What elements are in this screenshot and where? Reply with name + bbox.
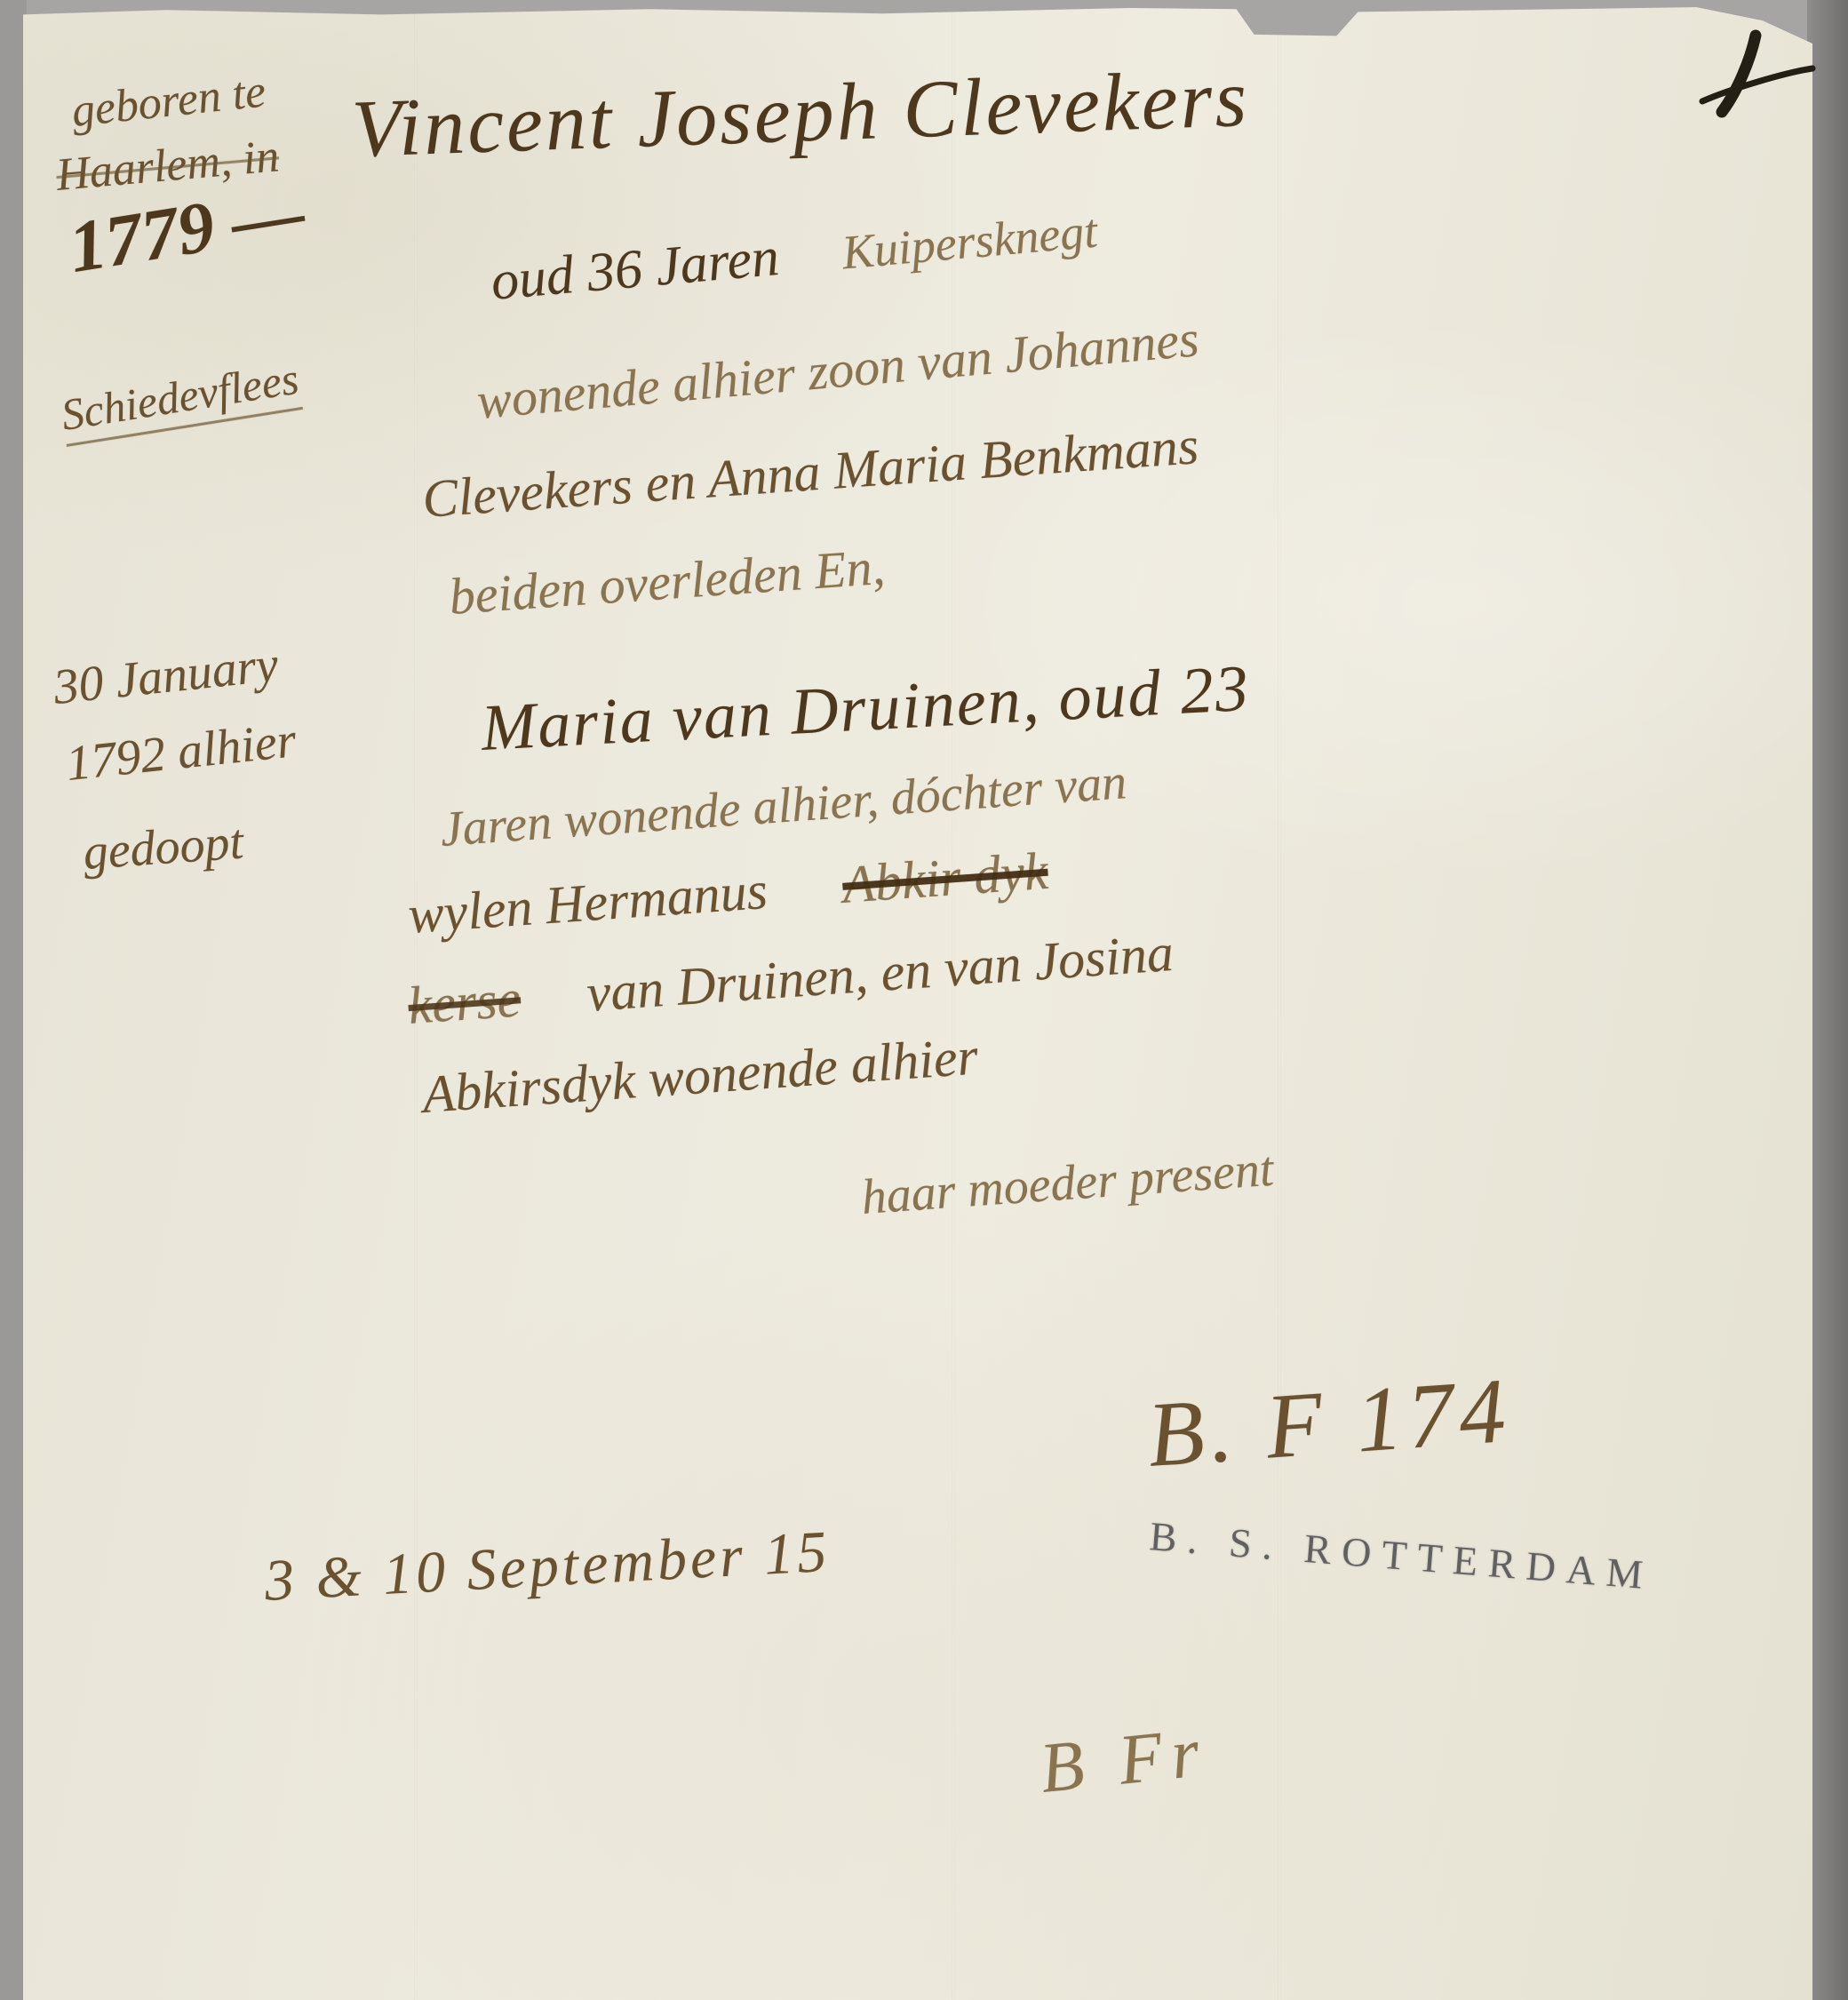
background-right-band [1807,0,1848,2000]
body-bride-surname-struck: kerse [406,968,522,1035]
document-paper [23,4,1812,2000]
fold-crease [952,4,955,2000]
fold-crease [1278,4,1281,2000]
document-canvas: geboren te Haarlem, in 1779 — Schiedevfl… [0,0,1848,2000]
background-left-sliver [0,0,27,2000]
margin-note-baptism-line3: gedoopt [82,814,245,881]
ink-x-cross-icon [1686,20,1820,126]
body-bride-father-struck: Abkir dyk [840,841,1050,914]
